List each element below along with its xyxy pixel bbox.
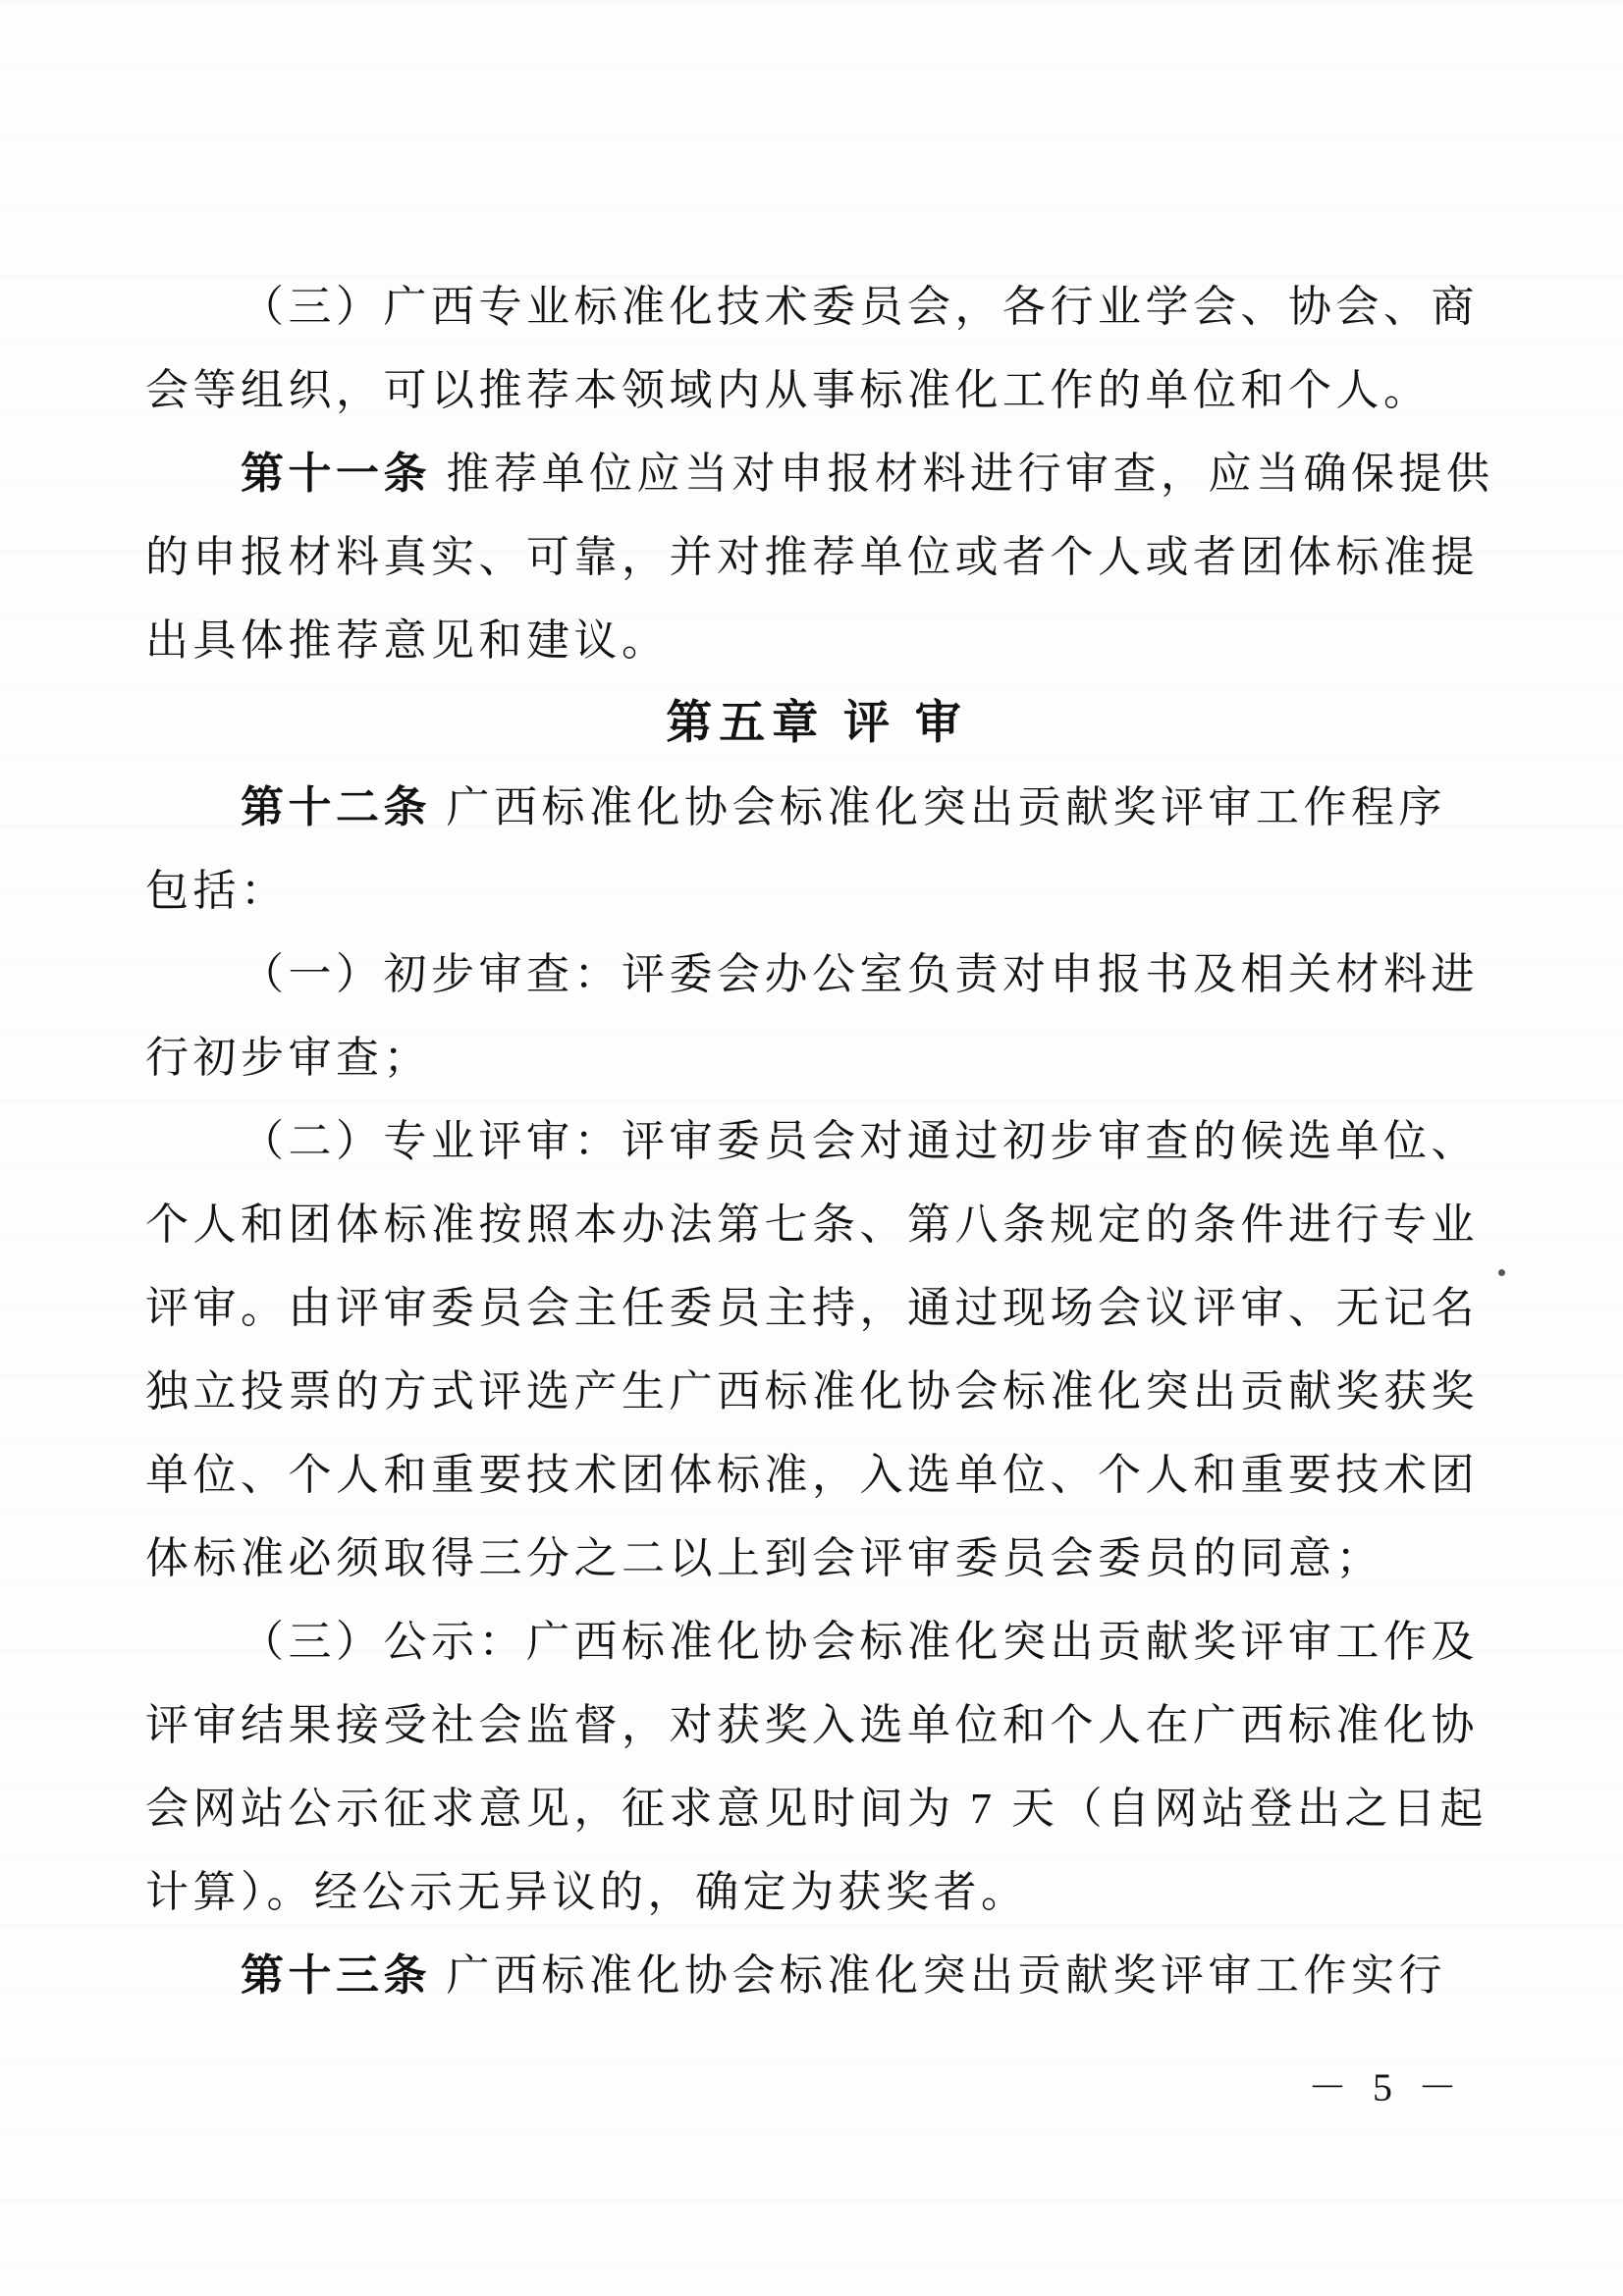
paragraph-line: 个人和团体标准按照本办法第七条、第八条规定的条件进行专业 (145, 1183, 1488, 1266)
paragraph-line: 单位、个人和重要技术团体标准，入选单位、个人和重要技术团 (145, 1433, 1488, 1517)
line-text: 计算）。经公示无异议的，确定为获奖者。 (145, 1868, 1029, 1916)
chapter-heading: 第五章 评 审 (145, 682, 1488, 766)
line-text: 出具体推荐意见和建议。 (145, 616, 670, 665)
scan-artifact-dot (1498, 1269, 1505, 1276)
page-number: － 5 － (1308, 2064, 1465, 2111)
line-text: 广西标准化协会标准化突出贡献奖评审工作实行 (431, 1951, 1446, 2000)
article-number: 第十二条 (241, 783, 431, 831)
paragraph-line: 独立投票的方式评选产生广西标准化协会标准化突出贡献奖获奖 (145, 1350, 1488, 1433)
paragraph-line: （一）初步审查：评委会办公室负责对申报书及相关材料进 (145, 933, 1488, 1016)
line-text: 行初步审查； (145, 1034, 431, 1082)
paragraph-line: 计算）。经公示无异议的，确定为获奖者。 (145, 1850, 1488, 1934)
line-text: 推荐单位应当对申报材料进行审查，应当确保提供 (431, 450, 1494, 498)
line-text: 评审结果接受社会监督，对获奖入选单位和个人在广西标准化协 (145, 1701, 1479, 1749)
paragraph-line: 的申报材料真实、可靠，并对推荐单位或者个人或者团体标准提 (145, 515, 1488, 599)
paragraph-line: 出具体推荐意见和建议。 (145, 599, 1488, 682)
paragraph-line: 第十一条 推荐单位应当对申报材料进行审查，应当确保提供 (145, 432, 1488, 515)
line-text: 广西标准化协会标准化突出贡献奖评审工作程序 (431, 783, 1446, 831)
article-number: 第十三条 (241, 1951, 431, 2000)
line-text: 个人和团体标准按照本办法第七条、第八条规定的条件进行专业 (145, 1201, 1479, 1249)
document-body: （三）广西专业标准化技术委员会，各行业学会、协会、商 会等组织，可以推荐本领域内… (145, 265, 1488, 2017)
paragraph-line: 评审结果接受社会监督，对获奖入选单位和个人在广西标准化协 (145, 1683, 1488, 1767)
line-text: 体标准必须取得三分之二以上到会评审委员会委员的同意； (145, 1534, 1383, 1582)
line-text: （三）广西专业标准化技术委员会，各行业学会、协会、商 (241, 283, 1479, 331)
paragraph-line: 评审。由评审委员会主任委员主持，通过现场会议评审、无记名 (145, 1266, 1488, 1350)
line-text: 的申报材料真实、可靠，并对推荐单位或者个人或者团体标准提 (145, 533, 1479, 581)
paragraph-line: 第十二条 广西标准化协会标准化突出贡献奖评审工作程序 (145, 766, 1488, 849)
paragraph-line: （二）专业评审：评审委员会对通过初步审查的候选单位、 (145, 1099, 1488, 1183)
paragraph-line: 行初步审查； (145, 1016, 1488, 1099)
line-text: 包括： (145, 867, 289, 915)
heading-text: 第五章 评 审 (666, 698, 968, 749)
paragraph-line: 第十三条 广西标准化协会标准化突出贡献奖评审工作实行 (145, 1934, 1488, 2017)
line-text: （二）专业评审：评审委员会对通过初步审查的候选单位、 (241, 1117, 1479, 1165)
paragraph-line: 体标准必须取得三分之二以上到会评审委员会委员的同意； (145, 1517, 1488, 1600)
line-text: 独立投票的方式评选产生广西标准化协会标准化突出贡献奖获奖 (145, 1367, 1479, 1415)
document-page: （三）广西专业标准化技术委员会，各行业学会、协会、商 会等组织，可以推荐本领域内… (0, 0, 1623, 2296)
article-number: 第十一条 (241, 450, 431, 498)
line-text: （一）初步审查：评委会办公室负责对申报书及相关材料进 (241, 950, 1479, 998)
paragraph-line: 会等组织，可以推荐本领域内从事标准化工作的单位和个人。 (145, 348, 1488, 432)
line-text: 会网站公示征求意见，征求意见时间为 7 天（自网站登出之日起 (145, 1785, 1488, 1833)
line-text: 会等组织，可以推荐本领域内从事标准化工作的单位和个人。 (145, 366, 1432, 414)
line-text: （三）公示：广西标准化协会标准化突出贡献奖评审工作及 (241, 1618, 1479, 1666)
line-text: 评审。由评审委员会主任委员主持，通过现场会议评审、无记名 (145, 1284, 1479, 1332)
paragraph-line: 包括： (145, 849, 1488, 933)
paragraph-line: 会网站公示征求意见，征求意见时间为 7 天（自网站登出之日起 (145, 1767, 1488, 1850)
line-text: 单位、个人和重要技术团体标准，入选单位、个人和重要技术团 (145, 1451, 1479, 1499)
paragraph-line: （三）广西专业标准化技术委员会，各行业学会、协会、商 (145, 265, 1488, 348)
paragraph-line: （三）公示：广西标准化协会标准化突出贡献奖评审工作及 (145, 1600, 1488, 1683)
